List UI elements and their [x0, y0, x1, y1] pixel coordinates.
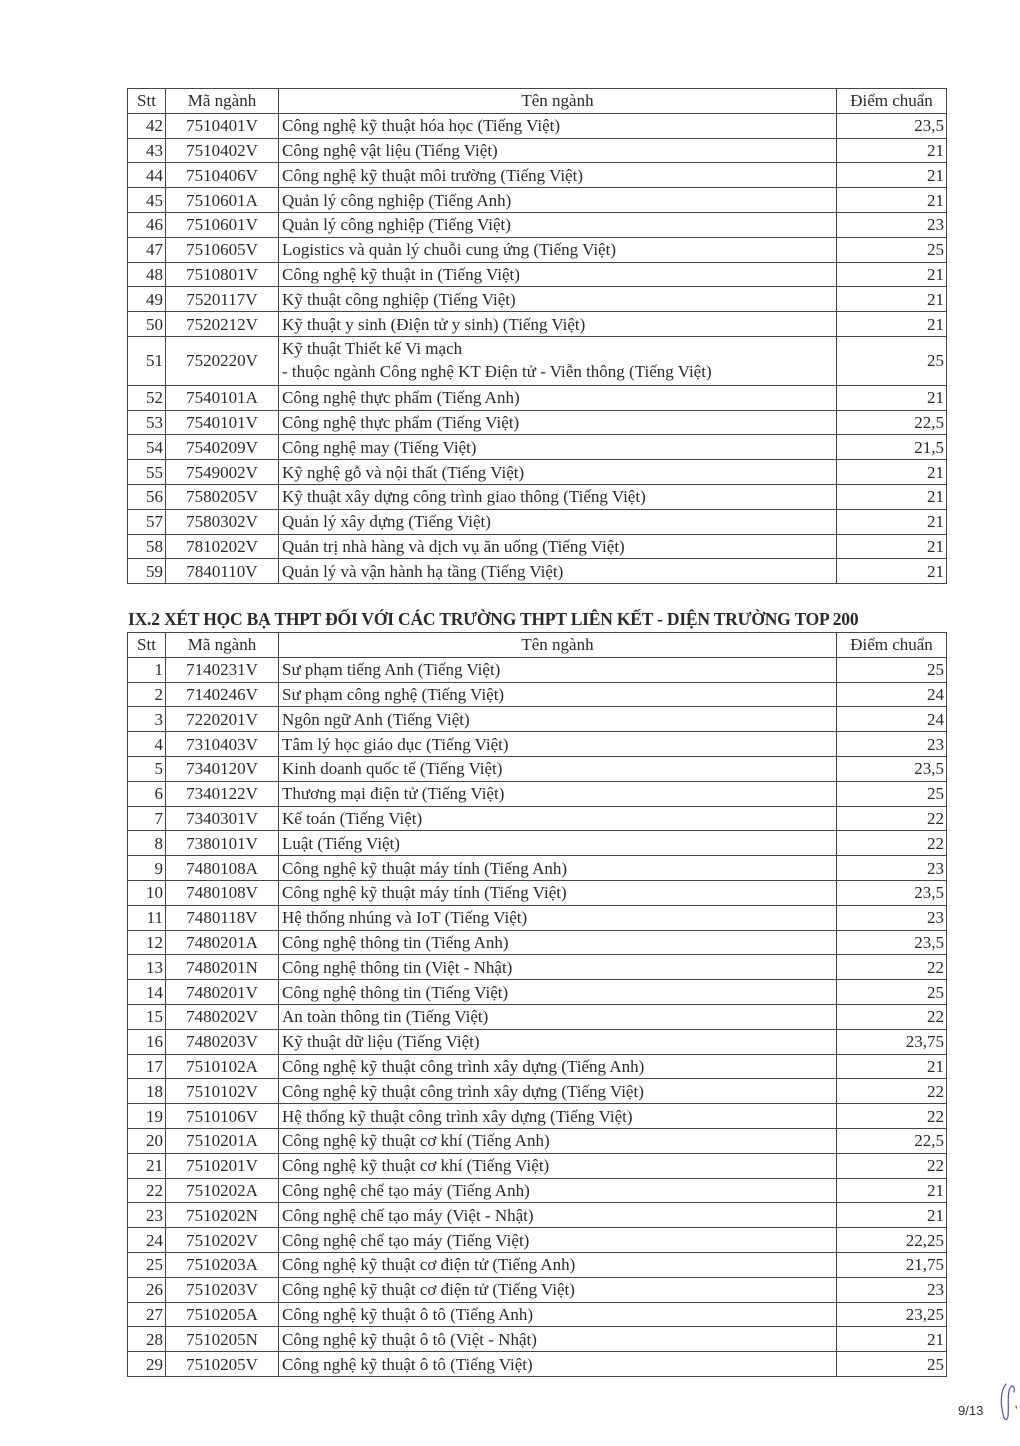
- table-header-row: Stt Mã ngành Tên ngành Điểm chuẩn: [128, 89, 947, 114]
- row-stt: 59: [128, 559, 166, 584]
- row-code: 7510203A: [166, 1252, 279, 1277]
- row-code: 7520212V: [166, 312, 279, 337]
- row-stt: 14: [128, 980, 166, 1005]
- row-score: 21: [837, 385, 947, 410]
- table-row: 587810202VQuản trị nhà hàng và dịch vụ ă…: [128, 534, 947, 559]
- table-row: 517520220VKỹ thuật Thiết kế Vi mạch- thu…: [128, 336, 947, 385]
- table-row: 157480202VAn toàn thông tin (Tiếng Việt)…: [128, 1004, 947, 1029]
- row-code: 7510601A: [166, 188, 279, 213]
- row-score: 22: [837, 1153, 947, 1178]
- header-stt: Stt: [128, 633, 166, 658]
- row-stt: 56: [128, 485, 166, 510]
- row-code: 7510406V: [166, 163, 279, 188]
- row-score: 21: [837, 534, 947, 559]
- row-stt: 6: [128, 781, 166, 806]
- row-score: 25: [837, 336, 947, 385]
- row-score: 23,75: [837, 1029, 947, 1054]
- row-code: 7140231V: [166, 657, 279, 682]
- table-row: 67340122VThương mại điện tử (Tiếng Việt)…: [128, 781, 947, 806]
- row-name: Quản lý và vận hành hạ tầng (Tiếng Việt): [279, 559, 837, 584]
- row-code: 7520117V: [166, 287, 279, 312]
- section-title: IX.2 XÉT HỌC BẠ THPT ĐỐI VỚI CÁC TRƯỜNG …: [128, 609, 858, 630]
- row-score: 21: [837, 509, 947, 534]
- row-name: Công nghệ kỹ thuật ô tô (Tiếng Việt): [279, 1352, 837, 1377]
- row-name: Công nghệ kỹ thuật công trình xây dựng (…: [279, 1079, 837, 1104]
- row-stt: 50: [128, 312, 166, 337]
- row-stt: 20: [128, 1128, 166, 1153]
- row-code: 7510202A: [166, 1178, 279, 1203]
- table-row: 577580302VQuản lý xây dựng (Tiếng Việt)2…: [128, 509, 947, 534]
- row-score: 22: [837, 831, 947, 856]
- row-score: 24: [837, 707, 947, 732]
- row-code: 7510102V: [166, 1079, 279, 1104]
- row-name: Công nghệ chế tạo máy (Tiếng Anh): [279, 1178, 837, 1203]
- table-body: 17140231VSư phạm tiếng Anh (Tiếng Việt)2…: [128, 657, 947, 1376]
- row-code: 7510102A: [166, 1054, 279, 1079]
- row-code: 7540101A: [166, 385, 279, 410]
- table-row: 527540101ACông nghệ thực phẩm (Tiếng Anh…: [128, 385, 947, 410]
- row-name: An toàn thông tin (Tiếng Việt): [279, 1004, 837, 1029]
- table-row: 257510203ACông nghệ kỹ thuật cơ điện tử …: [128, 1252, 947, 1277]
- row-name: Kế toán (Tiếng Việt): [279, 806, 837, 831]
- row-score: 25: [837, 657, 947, 682]
- row-score: 21: [837, 1178, 947, 1203]
- row-code: 7510801V: [166, 262, 279, 287]
- row-code: 7510402V: [166, 138, 279, 163]
- row-stt: 7: [128, 806, 166, 831]
- page-number: 9/13: [958, 1403, 983, 1418]
- row-name: Quản lý công nghiệp (Tiếng Việt): [279, 212, 837, 237]
- row-code: 7480202V: [166, 1004, 279, 1029]
- row-score: 21: [837, 312, 947, 337]
- row-stt: 53: [128, 410, 166, 435]
- row-stt: 17: [128, 1054, 166, 1079]
- row-name: Công nghệ kỹ thuật hóa học (Tiếng Việt): [279, 113, 837, 138]
- table-row: 237510202NCông nghệ chế tạo máy (Việt - …: [128, 1203, 947, 1228]
- row-stt: 22: [128, 1178, 166, 1203]
- table-row: 287510205NCông nghệ kỹ thuật ô tô (Việt …: [128, 1327, 947, 1352]
- row-score: 21: [837, 1203, 947, 1228]
- row-code: 7510605V: [166, 237, 279, 262]
- row-name: Quản trị nhà hàng và dịch vụ ăn uống (Ti…: [279, 534, 837, 559]
- row-stt: 16: [128, 1029, 166, 1054]
- table-row: 247510202VCông nghệ chế tạo máy (Tiếng V…: [128, 1228, 947, 1253]
- table-row: 37220201VNgôn ngữ Anh (Tiếng Việt)24: [128, 707, 947, 732]
- row-score: 23: [837, 212, 947, 237]
- row-stt: 58: [128, 534, 166, 559]
- row-name: Công nghệ kỹ thuật cơ điện tử (Tiếng Việ…: [279, 1277, 837, 1302]
- table-row: 477510605VLogistics và quản lý chuỗi cun…: [128, 237, 947, 262]
- row-name: Kỹ thuật xây dựng công trình giao thông …: [279, 485, 837, 510]
- table-row: 487510801VCông nghệ kỹ thuật in (Tiếng V…: [128, 262, 947, 287]
- row-stt: 11: [128, 905, 166, 930]
- row-code: 7510106V: [166, 1104, 279, 1129]
- table-row: 427510401VCông nghệ kỹ thuật hóa học (Ti…: [128, 113, 947, 138]
- row-score: 22: [837, 1104, 947, 1129]
- row-name: Công nghệ thực phẩm (Tiếng Việt): [279, 410, 837, 435]
- row-name: Hệ thống kỹ thuật công trình xây dựng (T…: [279, 1104, 837, 1129]
- row-name-line1: Kỹ thuật Thiết kế Vi mạch: [282, 338, 833, 361]
- row-stt: 24: [128, 1228, 166, 1253]
- table-row: 207510201ACông nghệ kỹ thuật cơ khí (Tiế…: [128, 1128, 947, 1153]
- row-name: Logistics và quản lý chuỗi cung ứng (Tiế…: [279, 237, 837, 262]
- table-row: 217510201VCông nghệ kỹ thuật cơ khí (Tiế…: [128, 1153, 947, 1178]
- row-score: 22: [837, 806, 947, 831]
- row-stt: 43: [128, 138, 166, 163]
- row-stt: 15: [128, 1004, 166, 1029]
- row-code: 7520220V: [166, 336, 279, 385]
- row-stt: 46: [128, 212, 166, 237]
- row-name: Tâm lý học giáo dục (Tiếng Việt): [279, 732, 837, 757]
- row-score: 23,5: [837, 113, 947, 138]
- row-stt: 5: [128, 756, 166, 781]
- row-stt: 26: [128, 1277, 166, 1302]
- row-name: Quản lý xây dựng (Tiếng Việt): [279, 509, 837, 534]
- row-code: 7510401V: [166, 113, 279, 138]
- table-row: 497520117VKỹ thuật công nghiệp (Tiếng Vi…: [128, 287, 947, 312]
- row-stt: 23: [128, 1203, 166, 1228]
- row-name: Công nghệ chế tạo máy (Tiếng Việt): [279, 1228, 837, 1253]
- row-score: 25: [837, 1352, 947, 1377]
- top200-schools-scores-table: Stt Mã ngành Tên ngành Điểm chuẩn 171402…: [127, 632, 947, 1377]
- table-row: 597840110VQuản lý và vận hành hạ tầng (T…: [128, 559, 947, 584]
- row-name: Thương mại điện tử (Tiếng Việt): [279, 781, 837, 806]
- row-name: Hệ thống nhúng và IoT (Tiếng Việt): [279, 905, 837, 930]
- row-code: 7510202N: [166, 1203, 279, 1228]
- row-score: 22,25: [837, 1228, 947, 1253]
- row-name: Quản lý công nghiệp (Tiếng Anh): [279, 188, 837, 213]
- row-code: 7480203V: [166, 1029, 279, 1054]
- row-code: 7540209V: [166, 435, 279, 460]
- row-name: Sư phạm tiếng Anh (Tiếng Việt): [279, 657, 837, 682]
- row-name: Công nghệ kỹ thuật cơ khí (Tiếng Anh): [279, 1128, 837, 1153]
- row-score: 21: [837, 460, 947, 485]
- row-code: 7510201A: [166, 1128, 279, 1153]
- row-stt: 49: [128, 287, 166, 312]
- row-score: 21,5: [837, 435, 947, 460]
- row-code: 7480201N: [166, 955, 279, 980]
- row-score: 22: [837, 1004, 947, 1029]
- row-name: Công nghệ thông tin (Tiếng Việt): [279, 980, 837, 1005]
- header-score: Điểm chuẩn: [837, 89, 947, 114]
- row-code: 7549002V: [166, 460, 279, 485]
- row-code: 7220201V: [166, 707, 279, 732]
- row-score: 22,5: [837, 410, 947, 435]
- table-row: 117480118VHệ thống nhúng và IoT (Tiếng V…: [128, 905, 947, 930]
- row-code: 7480108A: [166, 856, 279, 881]
- row-name: Kỹ thuật công nghiệp (Tiếng Việt): [279, 287, 837, 312]
- header-name: Tên ngành: [279, 633, 837, 658]
- table-row: 87380101VLuật (Tiếng Việt)22: [128, 831, 947, 856]
- table-row: 27140246VSư phạm công nghệ (Tiếng Việt)2…: [128, 682, 947, 707]
- row-code: 7510201V: [166, 1153, 279, 1178]
- row-score: 23: [837, 856, 947, 881]
- row-name: Công nghệ may (Tiếng Việt): [279, 435, 837, 460]
- row-stt: 8: [128, 831, 166, 856]
- table-row: 547540209VCông nghệ may (Tiếng Việt)21,5: [128, 435, 947, 460]
- header-code: Mã ngành: [166, 633, 279, 658]
- row-code: 7840110V: [166, 559, 279, 584]
- row-name: Công nghệ thực phẩm (Tiếng Anh): [279, 385, 837, 410]
- table-row: 77340301VKế toán (Tiếng Việt)22: [128, 806, 947, 831]
- row-score: 21,75: [837, 1252, 947, 1277]
- row-name: Công nghệ kỹ thuật cơ khí (Tiếng Việt): [279, 1153, 837, 1178]
- row-name: Kỹ thuật Thiết kế Vi mạch- thuộc ngành C…: [279, 336, 837, 385]
- table-body: 427510401VCông nghệ kỹ thuật hóa học (Ti…: [128, 113, 947, 583]
- row-name: Công nghệ thông tin (Việt - Nhật): [279, 955, 837, 980]
- table-row: 57340120VKinh doanh quốc tế (Tiếng Việt)…: [128, 756, 947, 781]
- row-stt: 57: [128, 509, 166, 534]
- row-stt: 54: [128, 435, 166, 460]
- row-stt: 28: [128, 1327, 166, 1352]
- row-score: 23,5: [837, 880, 947, 905]
- signature-icon: [998, 1380, 1018, 1424]
- row-stt: 27: [128, 1302, 166, 1327]
- table-row: 567580205VKỹ thuật xây dựng công trình g…: [128, 485, 947, 510]
- row-code: 7810202V: [166, 534, 279, 559]
- row-name: Kinh doanh quốc tế (Tiếng Việt): [279, 756, 837, 781]
- row-stt: 18: [128, 1079, 166, 1104]
- table-row: 457510601AQuản lý công nghiệp (Tiếng Anh…: [128, 188, 947, 213]
- row-code: 7510205V: [166, 1352, 279, 1377]
- row-stt: 52: [128, 385, 166, 410]
- row-code: 7580205V: [166, 485, 279, 510]
- row-score: 23: [837, 1277, 947, 1302]
- table-row: 127480201ACông nghệ thông tin (Tiếng Anh…: [128, 930, 947, 955]
- row-score: 22: [837, 955, 947, 980]
- table-row: 47310403VTâm lý học giáo dục (Tiếng Việt…: [128, 732, 947, 757]
- row-stt: 13: [128, 955, 166, 980]
- row-score: 25: [837, 980, 947, 1005]
- table-row: 267510203VCông nghệ kỹ thuật cơ điện tử …: [128, 1277, 947, 1302]
- table-row: 557549002VKỹ nghệ gỗ và nội thất (Tiếng …: [128, 460, 947, 485]
- table-row: 97480108ACông nghệ kỹ thuật máy tính (Ti…: [128, 856, 947, 881]
- table-row: 107480108VCông nghệ kỹ thuật máy tính (T…: [128, 880, 947, 905]
- row-score: 21: [837, 559, 947, 584]
- row-name: Công nghệ kỹ thuật máy tính (Tiếng Anh): [279, 856, 837, 881]
- row-score: 23,25: [837, 1302, 947, 1327]
- admission-scores-table-continued: Stt Mã ngành Tên ngành Điểm chuẩn 427510…: [127, 88, 947, 584]
- header-score: Điểm chuẩn: [837, 633, 947, 658]
- row-code: 7310403V: [166, 732, 279, 757]
- row-name: Công nghệ kỹ thuật cơ điện tử (Tiếng Anh…: [279, 1252, 837, 1277]
- row-code: 7340301V: [166, 806, 279, 831]
- row-name: Công nghệ kỹ thuật công trình xây dựng (…: [279, 1054, 837, 1079]
- row-score: 21: [837, 138, 947, 163]
- row-score: 21: [837, 287, 947, 312]
- header-name: Tên ngành: [279, 89, 837, 114]
- row-name: Công nghệ kỹ thuật môi trường (Tiếng Việ…: [279, 163, 837, 188]
- row-stt: 48: [128, 262, 166, 287]
- row-stt: 51: [128, 336, 166, 385]
- row-name: Công nghệ thông tin (Tiếng Anh): [279, 930, 837, 955]
- row-stt: 2: [128, 682, 166, 707]
- row-name: Công nghệ kỹ thuật in (Tiếng Việt): [279, 262, 837, 287]
- row-name: Công nghệ kỹ thuật ô tô (Việt - Nhật): [279, 1327, 837, 1352]
- row-code: 7510601V: [166, 212, 279, 237]
- row-score: 23,5: [837, 756, 947, 781]
- row-stt: 42: [128, 113, 166, 138]
- row-stt: 19: [128, 1104, 166, 1129]
- table-row: 437510402VCông nghệ vật liệu (Tiếng Việt…: [128, 138, 947, 163]
- row-name: Kỹ nghệ gỗ và nội thất (Tiếng Việt): [279, 460, 837, 485]
- row-name: Kỹ thuật y sinh (Điện tử y sinh) (Tiếng …: [279, 312, 837, 337]
- table-row: 227510202ACông nghệ chế tạo máy (Tiếng A…: [128, 1178, 947, 1203]
- row-stt: 45: [128, 188, 166, 213]
- row-name-line2: - thuộc ngành Công nghệ KT Điện tử - Viễ…: [282, 361, 833, 384]
- table-row: 297510205VCông nghệ kỹ thuật ô tô (Tiếng…: [128, 1352, 947, 1377]
- row-stt: 3: [128, 707, 166, 732]
- row-stt: 1: [128, 657, 166, 682]
- row-stt: 10: [128, 880, 166, 905]
- table-row: 137480201NCông nghệ thông tin (Việt - Nh…: [128, 955, 947, 980]
- table-row: 17140231VSư phạm tiếng Anh (Tiếng Việt)2…: [128, 657, 947, 682]
- row-code: 7510205A: [166, 1302, 279, 1327]
- table-row: 447510406VCông nghệ kỹ thuật môi trường …: [128, 163, 947, 188]
- table-row: 167480203VKỹ thuật dữ liệu (Tiếng Việt)2…: [128, 1029, 947, 1054]
- row-code: 7340120V: [166, 756, 279, 781]
- row-score: 23: [837, 905, 947, 930]
- row-score: 24: [837, 682, 947, 707]
- row-stt: 47: [128, 237, 166, 262]
- row-stt: 55: [128, 460, 166, 485]
- row-score: 21: [837, 262, 947, 287]
- row-name: Công nghệ vật liệu (Tiếng Việt): [279, 138, 837, 163]
- row-stt: 4: [128, 732, 166, 757]
- row-stt: 12: [128, 930, 166, 955]
- row-name: Kỹ thuật dữ liệu (Tiếng Việt): [279, 1029, 837, 1054]
- row-code: 7540101V: [166, 410, 279, 435]
- row-stt: 21: [128, 1153, 166, 1178]
- row-stt: 25: [128, 1252, 166, 1277]
- row-code: 7380101V: [166, 831, 279, 856]
- row-code: 7510203V: [166, 1277, 279, 1302]
- row-name: Sư phạm công nghệ (Tiếng Việt): [279, 682, 837, 707]
- row-score: 21: [837, 1327, 947, 1352]
- row-stt: 9: [128, 856, 166, 881]
- row-name: Công nghệ chế tạo máy (Việt - Nhật): [279, 1203, 837, 1228]
- table-row: 187510102VCông nghệ kỹ thuật công trình …: [128, 1079, 947, 1104]
- table-row: 177510102ACông nghệ kỹ thuật công trình …: [128, 1054, 947, 1079]
- row-code: 7340122V: [166, 781, 279, 806]
- row-name: Luật (Tiếng Việt): [279, 831, 837, 856]
- row-score: 23: [837, 732, 947, 757]
- row-score: 22,5: [837, 1128, 947, 1153]
- row-score: 21: [837, 1054, 947, 1079]
- table-row: 147480201VCông nghệ thông tin (Tiếng Việ…: [128, 980, 947, 1005]
- row-score: 25: [837, 237, 947, 262]
- row-name: Ngôn ngữ Anh (Tiếng Việt): [279, 707, 837, 732]
- row-code: 7140246V: [166, 682, 279, 707]
- row-score: 21: [837, 163, 947, 188]
- row-code: 7480201A: [166, 930, 279, 955]
- row-score: 23,5: [837, 930, 947, 955]
- table-row: 537540101VCông nghệ thực phẩm (Tiếng Việ…: [128, 410, 947, 435]
- row-code: 7580302V: [166, 509, 279, 534]
- table-header-row: Stt Mã ngành Tên ngành Điểm chuẩn: [128, 633, 947, 658]
- row-score: 22: [837, 1079, 947, 1104]
- row-code: 7480118V: [166, 905, 279, 930]
- header-stt: Stt: [128, 89, 166, 114]
- table-row: 507520212VKỹ thuật y sinh (Điện tử y sin…: [128, 312, 947, 337]
- row-name: Công nghệ kỹ thuật máy tính (Tiếng Việt): [279, 880, 837, 905]
- row-code: 7510202V: [166, 1228, 279, 1253]
- table-row: 277510205ACông nghệ kỹ thuật ô tô (Tiếng…: [128, 1302, 947, 1327]
- row-code: 7480108V: [166, 880, 279, 905]
- row-code: 7480201V: [166, 980, 279, 1005]
- row-name: Công nghệ kỹ thuật ô tô (Tiếng Anh): [279, 1302, 837, 1327]
- table-row: 467510601VQuản lý công nghiệp (Tiếng Việ…: [128, 212, 947, 237]
- table-row: 197510106VHệ thống kỹ thuật công trình x…: [128, 1104, 947, 1129]
- row-stt: 44: [128, 163, 166, 188]
- row-stt: 29: [128, 1352, 166, 1377]
- row-score: 21: [837, 485, 947, 510]
- row-score: 21: [837, 188, 947, 213]
- row-code: 7510205N: [166, 1327, 279, 1352]
- header-code: Mã ngành: [166, 89, 279, 114]
- row-score: 25: [837, 781, 947, 806]
